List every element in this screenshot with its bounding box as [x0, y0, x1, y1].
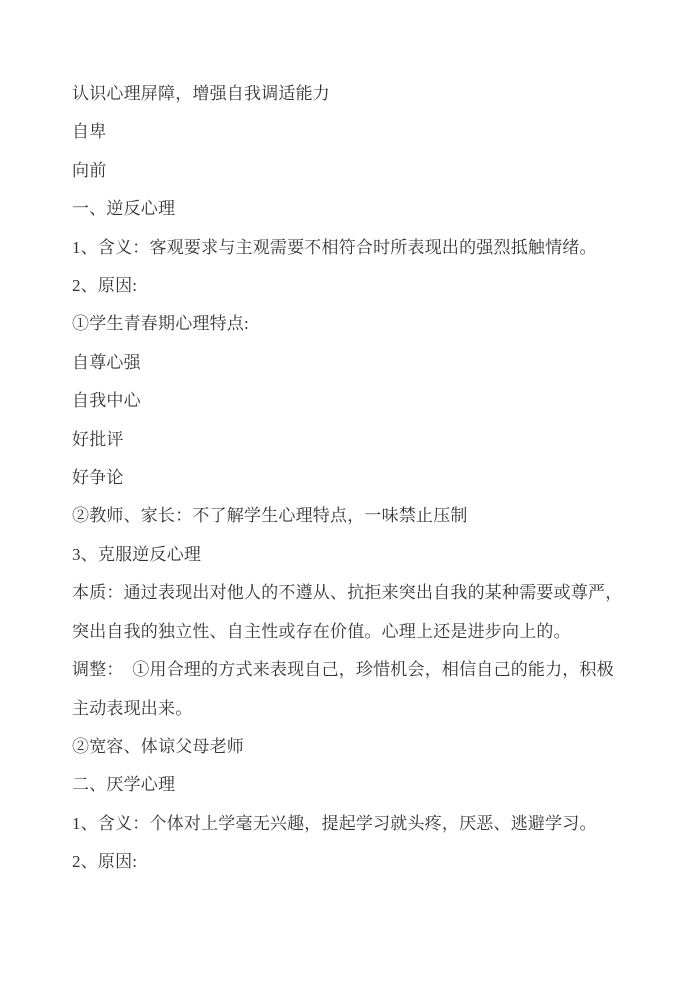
document-page: 认识心理屏障，增强自我调适能力 自卑 向前 一、逆反心理 1、含义：客观要求与主… — [0, 0, 695, 982]
doc-line: 向前 — [72, 152, 655, 190]
doc-line: ①学生青春期心理特点: — [72, 305, 655, 343]
doc-line: 2、原因: — [72, 267, 655, 305]
doc-line: 2、原因: — [72, 843, 655, 881]
doc-heading-line: 二、厌学心理 — [72, 766, 655, 804]
doc-heading-line: 3、克服逆反心理 — [72, 536, 655, 574]
doc-line: 1、含义：个体对上学毫无兴趣，提起学习就头疼，厌恶、逃避学习。 — [72, 805, 655, 843]
doc-line: ②教师、家长：不了解学生心理特点，一味禁止压制 — [72, 497, 655, 535]
doc-line: ②宽容、体谅父母老师 — [72, 728, 655, 766]
doc-line: 自我中心 — [72, 382, 655, 420]
doc-title-line: 认识心理屏障，增强自我调适能力 — [72, 75, 655, 113]
doc-line: 调整： ①用合理的方式来表现自己，珍惜机会，相信自己的能力，积极 — [72, 651, 655, 689]
doc-line: 主动表现出来。 — [72, 690, 655, 728]
doc-line: 本质：通过表现出对他人的不遵从、抗拒来突出自我的某种需要或尊严， — [72, 574, 655, 612]
doc-line: 突出自我的独立性、自主性或存在价值。心理上还是进步向上的。 — [72, 613, 655, 651]
doc-line: 好争论 — [72, 459, 655, 497]
doc-line: 好批评 — [72, 421, 655, 459]
doc-heading-line: 一、逆反心理 — [72, 190, 655, 228]
doc-line: 1、含义：客观要求与主观需要不相符合时所表现出的强烈抵触情绪。 — [72, 229, 655, 267]
doc-line: 自卑 — [72, 113, 655, 151]
doc-line: 自尊心强 — [72, 344, 655, 382]
